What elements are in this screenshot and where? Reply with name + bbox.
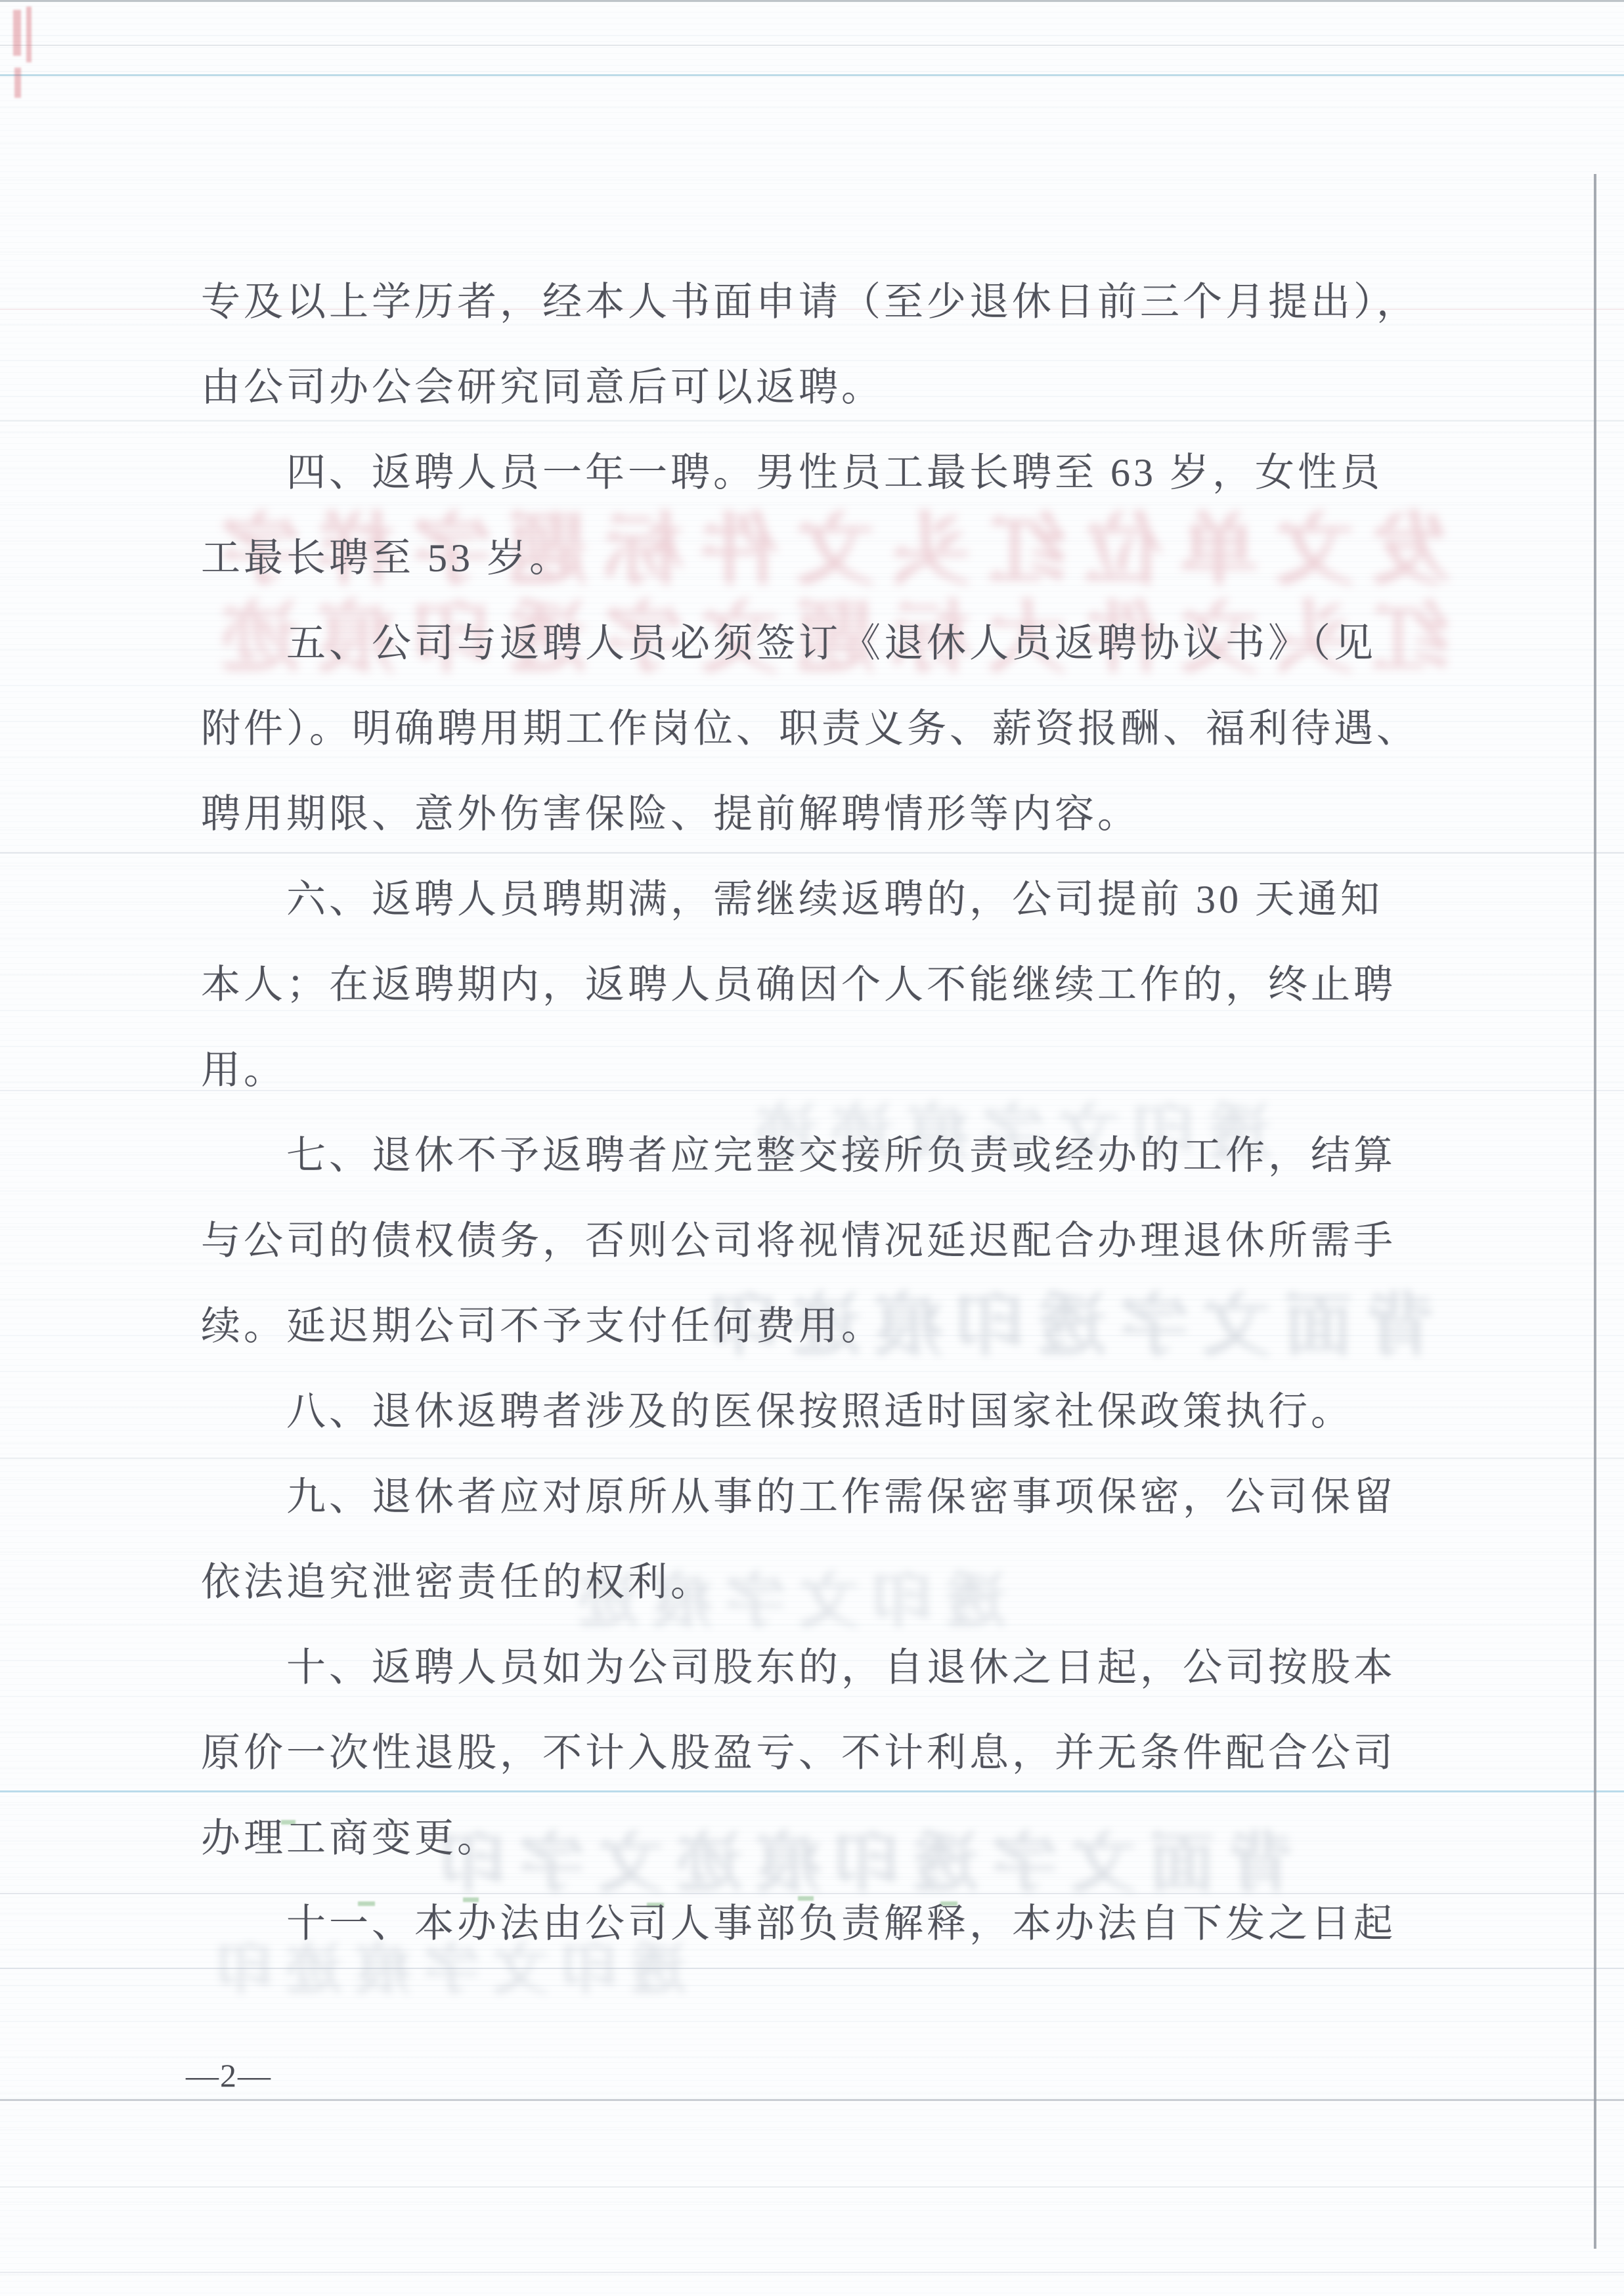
scan-line-artifact (0, 2272, 1624, 2273)
document-body: 专及以上学历者，经本人书面申请（至少退休日前三个月提出），由公司办公会研究同意后… (201, 259, 1422, 1966)
scan-line-artifact (0, 2099, 1624, 2101)
doc-line: 九、退休者应对原所从事的工作需保密事项保密，公司保留 (201, 1454, 1422, 1540)
doc-line: 用。 (201, 1028, 1422, 1113)
scan-line-artifact (0, 0, 1624, 2)
scanned-document-page: 发文单位红头文件标题字样字 红头文件大标题文字透印痕迹 透印文字痕迹迹 背面文字… (0, 0, 1624, 2296)
doc-line: 依法追究泄密责任的权利。 (201, 1540, 1422, 1625)
page-edge-vertical-line (1594, 174, 1596, 2249)
doc-line: 八、退休返聘者涉及的医保按照适时国家社保政策执行。 (201, 1369, 1422, 1454)
red-residue-mark (14, 68, 21, 98)
page-number: —2— (186, 2056, 272, 2094)
doc-line: 专及以上学历者，经本人书面申请（至少退休日前三个月提出）， (201, 259, 1422, 345)
doc-line: 七、退休不予返聘者应完整交接所负责或经办的工作，结算 (201, 1113, 1422, 1198)
doc-line: 工最长聘至 53 岁。 (201, 515, 1422, 601)
doc-line: 十一、本办法由公司人事部负责解释，本办法自下发之日起 (201, 1881, 1422, 1966)
doc-line: 本人；在返聘期内，返聘人员确因个人不能继续工作的，终止聘 (201, 942, 1422, 1028)
scan-line-artifact (0, 45, 1624, 46)
doc-line: 六、返聘人员聘期满，需继续返聘的，公司提前 30 天通知 (201, 857, 1422, 942)
doc-line: 四、返聘人员一年一聘。男性员工最长聘至 63 岁，女性员 (201, 430, 1422, 515)
doc-line: 由公司办公会研究同意后可以返聘。 (201, 345, 1422, 430)
scan-line-artifact (0, 74, 1624, 76)
doc-line: 办理工商变更。 (201, 1796, 1422, 1881)
red-residue-mark (13, 10, 21, 56)
red-residue-mark (26, 7, 32, 62)
scan-line-artifact (0, 2186, 1624, 2188)
doc-line: 十、返聘人员如为公司股东的，自退休之日起，公司按股本 (201, 1625, 1422, 1710)
doc-line: 与公司的债权债务，否则公司将视情况延迟配合办理退休所需手 (201, 1198, 1422, 1284)
doc-line: 五、公司与返聘人员必须签订《退休人员返聘协议书》（见 (201, 601, 1422, 686)
doc-line: 附件）。明确聘用期工作岗位、职责义务、薪资报酬、福利待遇、 (201, 686, 1422, 771)
doc-line: 原价一次性退股，不计入股盈亏、不计利息，并无条件配合公司 (201, 1710, 1422, 1796)
scan-line-artifact (0, 1968, 1624, 1969)
doc-line: 续。延迟期公司不予支付任何费用。 (201, 1284, 1422, 1369)
doc-line: 聘用期限、意外伤害保险、提前解聘情形等内容。 (201, 771, 1422, 857)
